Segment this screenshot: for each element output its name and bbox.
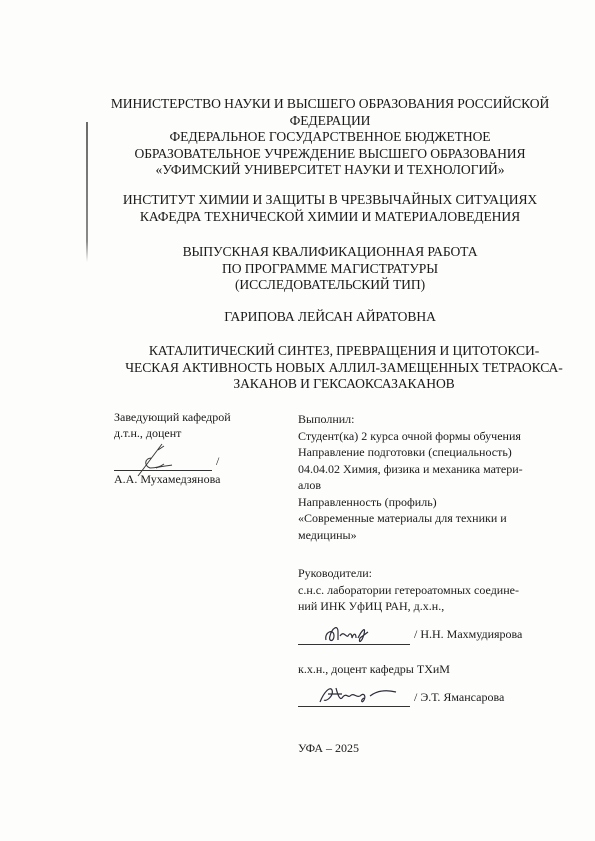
profile-value-cont: медицины» [298, 527, 563, 544]
title-line: КАТАЛИТИЧЕСКИЙ СИНТЕЗ, ПРЕВРАЩЕНИЯ И ЦИТ… [118, 343, 570, 360]
city-year: УФА – 2025 [298, 741, 359, 756]
thesis-title: КАТАЛИТИЧЕСКИЙ СИНТЕЗ, ПРЕВРАЩЕНИЯ И ЦИТ… [118, 343, 570, 393]
institute-line: ИНСТИТУТ ХИМИИ И ЗАЩИТЫ В ЧРЕЗВЫЧАЙНЫХ С… [100, 192, 560, 209]
profile-label: Направленность (профиль) [298, 494, 563, 511]
supervisors-label: Руководители: [298, 565, 563, 582]
header-line: МИНИСТЕРСТВО НАУКИ И ВЫСШЕГО ОБРАЗОВАНИЯ… [100, 96, 560, 113]
supervisor2-name: / Э.Т. Ямансарова [414, 689, 504, 706]
direction-value-cont: алов [298, 477, 563, 494]
department-line: КАФЕДРА ТЕХНИЧЕСКОЙ ХИМИИ И МАТЕРИАЛОВЕД… [100, 209, 560, 226]
header-line: ОБРАЗОВАТЕЛЬНОЕ УЧРЕЖДЕНИЕ ВЫСШЕГО ОБРАЗ… [100, 146, 560, 163]
direction-value: 04.04.02 Химия, физика и механика матери… [298, 461, 563, 478]
margin-line [86, 122, 88, 262]
supervisor1-position: с.н.с. лаборатории гетероатомных соедине… [298, 582, 563, 599]
work-type-line: ВЫПУСКНАЯ КВАЛИФИКАЦИОННАЯ РАБОТА [100, 244, 560, 261]
supervisor1-signature-row: / Н.Н. Махмудиярова [298, 615, 563, 645]
supervisor2-signature-row: / Э.Т. Ямансарова [298, 677, 563, 707]
hod-signature-row: / [114, 441, 284, 471]
institute-block: ИНСТИТУТ ХИМИИ И ЗАЩИТЫ В ЧРЕЗВЫЧАЙНЫХ С… [100, 192, 560, 225]
title-line: ЗАКАНОВ И ГЕКСАОКСАЗАКАНОВ [118, 376, 570, 393]
hod-role: Заведующий кафедрой [114, 409, 284, 425]
title-line: ЧЕСКАЯ АКТИВНОСТЬ НОВЫХ АЛЛИЛ-ЗАМЕЩЕННЫХ… [118, 360, 570, 377]
header-line: «УФИМСКИЙ УНИВЕРСИТЕТ НАУКИ И ТЕХНОЛОГИЙ… [100, 162, 560, 179]
hod-degree: д.т.н., доцент [114, 425, 284, 441]
author-name: ГАРИПОВА ЛЕЙСАН АЙРАТОВНА [100, 309, 560, 326]
header-line: ФЕДЕРАЛЬНОЕ ГОСУДАРСТВЕННОЕ БЮДЖЕТНОЕ [100, 129, 560, 146]
author-name-text: ГАРИПОВА ЛЕЙСАН АЙРАТОВНА [100, 309, 560, 326]
signature-icon [124, 440, 194, 480]
header-line: ФЕДЕРАЦИИ [100, 113, 560, 130]
signature-icon [316, 682, 406, 708]
performed-label: Выполнил: [298, 411, 563, 428]
supervisor2-position: к.х.н., доцент кафедры ТХиМ [298, 661, 563, 678]
head-of-department: Заведующий кафедрой д.т.н., доцент / А.А… [114, 409, 284, 487]
student-course: Студент(ка) 2 курса очной формы обучения [298, 428, 563, 445]
work-type-line: (ИССЛЕДОВАТЕЛЬСКИЙ ТИП) [100, 277, 560, 294]
performed-by-block: Выполнил: Студент(ка) 2 курса очной форм… [298, 411, 563, 707]
supervisor1-name: / Н.Н. Махмудиярова [414, 626, 522, 643]
work-type-block: ВЫПУСКНАЯ КВАЛИФИКАЦИОННАЯ РАБОТА ПО ПРО… [100, 244, 560, 294]
signature-line [298, 624, 410, 645]
signature-slash: / [216, 453, 219, 469]
signature-line [114, 450, 212, 471]
signature-icon [322, 622, 382, 646]
supervisor1-position-cont: ний ИНК УфИЦ РАН, д.х.н., [298, 598, 563, 615]
profile-value: «Современные материалы для техники и [298, 510, 563, 527]
ministry-header: МИНИСТЕРСТВО НАУКИ И ВЫСШЕГО ОБРАЗОВАНИЯ… [100, 96, 560, 179]
direction-label: Направление подготовки (специальность) [298, 444, 563, 461]
work-type-line: ПО ПРОГРАММЕ МАГИСТРАТУРЫ [100, 261, 560, 278]
signature-line [298, 686, 410, 707]
